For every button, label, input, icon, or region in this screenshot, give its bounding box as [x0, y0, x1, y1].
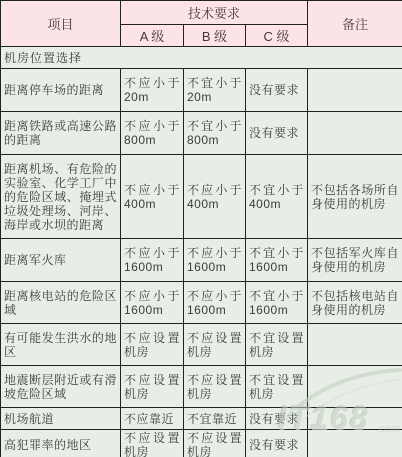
cell-grade-a: 不应小于20m [121, 69, 184, 112]
header-row-top: 项目 技术要求 备注 [1, 1, 402, 25]
cell-remark [308, 324, 402, 366]
cell-item: 距离铁路或高速公路的距离 [1, 112, 121, 155]
cell-grade-b: 不应设置机房 [184, 324, 246, 366]
cell-grade-c: 不宜设置机房 [246, 324, 308, 366]
cell-grade-a: 不应小于1600m [121, 282, 184, 324]
cell-grade-a: 不应设置机房 [121, 366, 184, 408]
cell-grade-c: 没有要求 [246, 408, 308, 430]
cell-grade-a: 不应小于800m [121, 112, 184, 155]
cell-grade-b: 不宜小于800m [184, 112, 246, 155]
col-header-grade-a: A 级 [121, 25, 184, 47]
cell-item: 距离机场、有危险的实验室、化学工厂中的危险区域、掩埋式垃圾处理场、河岸、海岸或水… [1, 155, 121, 239]
col-header-tech-req: 技术要求 [121, 1, 308, 25]
cell-grade-b: 不应小于400m [184, 155, 246, 239]
cell-grade-c: 不宜设置机房 [246, 366, 308, 408]
cell-remark [308, 366, 402, 408]
cell-grade-a: 不应靠近 [121, 408, 184, 430]
col-header-grade-b: B 级 [184, 25, 246, 47]
cell-grade-b: 不应设置机房 [184, 366, 246, 408]
cell-item: 距离停车场的距离 [1, 69, 121, 112]
table-row: 高犯罪率的地区 不应设置机房 不应设置机房 没有要求 [1, 430, 402, 457]
section-row: 机房位置选择 [1, 47, 402, 69]
table-row: 距离军火库 不应小于1600m 不应小于1600m 不宜小于1600m 不包括军… [1, 239, 402, 282]
cell-grade-a: 不应设置机房 [121, 324, 184, 366]
page: 项目 技术要求 备注 A 级 B 级 C 级 机房位置选择 距离停车场的距离 不… [0, 0, 402, 457]
cell-remark [308, 69, 402, 112]
cell-remark [308, 408, 402, 430]
requirements-table: 项目 技术要求 备注 A 级 B 级 C 级 机房位置选择 距离停车场的距离 不… [0, 0, 402, 457]
table-row: 距离停车场的距离 不应小于20m 不宜小于20m 没有要求 [1, 69, 402, 112]
cell-remark [308, 112, 402, 155]
col-header-item: 项目 [1, 1, 121, 47]
cell-grade-b: 不宜靠近 [184, 408, 246, 430]
cell-item: 高犯罪率的地区 [1, 430, 121, 457]
cell-grade-b: 不宜小于20m [184, 69, 246, 112]
cell-grade-a: 不应小于1600m [121, 239, 184, 282]
cell-grade-c: 没有要求 [246, 69, 308, 112]
cell-grade-b: 不应小于1600m [184, 239, 246, 282]
cell-item: 地震断层附近或有滑坡危险区域 [1, 366, 121, 408]
cell-remark: 不包括各场所自身使用的机房 [308, 155, 402, 239]
cell-remark [308, 430, 402, 457]
table-row: 有可能发生洪水的地区 不应设置机房 不应设置机房 不宜设置机房 [1, 324, 402, 366]
cell-grade-c: 不宜小于400m [246, 155, 308, 239]
table-row: 距离机场、有危险的实验室、化学工厂中的危险区域、掩埋式垃圾处理场、河岸、海岸或水… [1, 155, 402, 239]
cell-item: 机场航道 [1, 408, 121, 430]
table-row: 距离铁路或高速公路的距离 不应小于800m 不宜小于800m 没有要求 [1, 112, 402, 155]
cell-item: 距离核电站的危险区域 [1, 282, 121, 324]
cell-remark: 不包括军火库自身使用的机房 [308, 239, 402, 282]
col-header-grade-c: C 级 [246, 25, 308, 47]
cell-remark: 不包括核电站自身使用的机房 [308, 282, 402, 324]
cell-grade-a: 不应设置机房 [121, 430, 184, 457]
cell-grade-c: 不宜小于1600m [246, 282, 308, 324]
table-row: 机场航道 不应靠近 不宜靠近 没有要求 [1, 408, 402, 430]
section-title: 机房位置选择 [1, 47, 402, 69]
table-row: 距离核电站的危险区域 不应小于1600m 不应小于1600m 不宜小于1600m… [1, 282, 402, 324]
cell-grade-c: 不宜小于1600m [246, 239, 308, 282]
cell-item: 有可能发生洪水的地区 [1, 324, 121, 366]
cell-grade-a: 不应小于400m [121, 155, 184, 239]
cell-grade-b: 不应设置机房 [184, 430, 246, 457]
cell-grade-c: 没有要求 [246, 112, 308, 155]
cell-item: 距离军火库 [1, 239, 121, 282]
col-header-remark: 备注 [308, 1, 402, 47]
table-row: 地震断层附近或有滑坡危险区域 不应设置机房 不应设置机房 不宜设置机房 [1, 366, 402, 408]
cell-grade-b: 不应小于1600m [184, 282, 246, 324]
cell-grade-c: 没有要求 [246, 430, 308, 457]
